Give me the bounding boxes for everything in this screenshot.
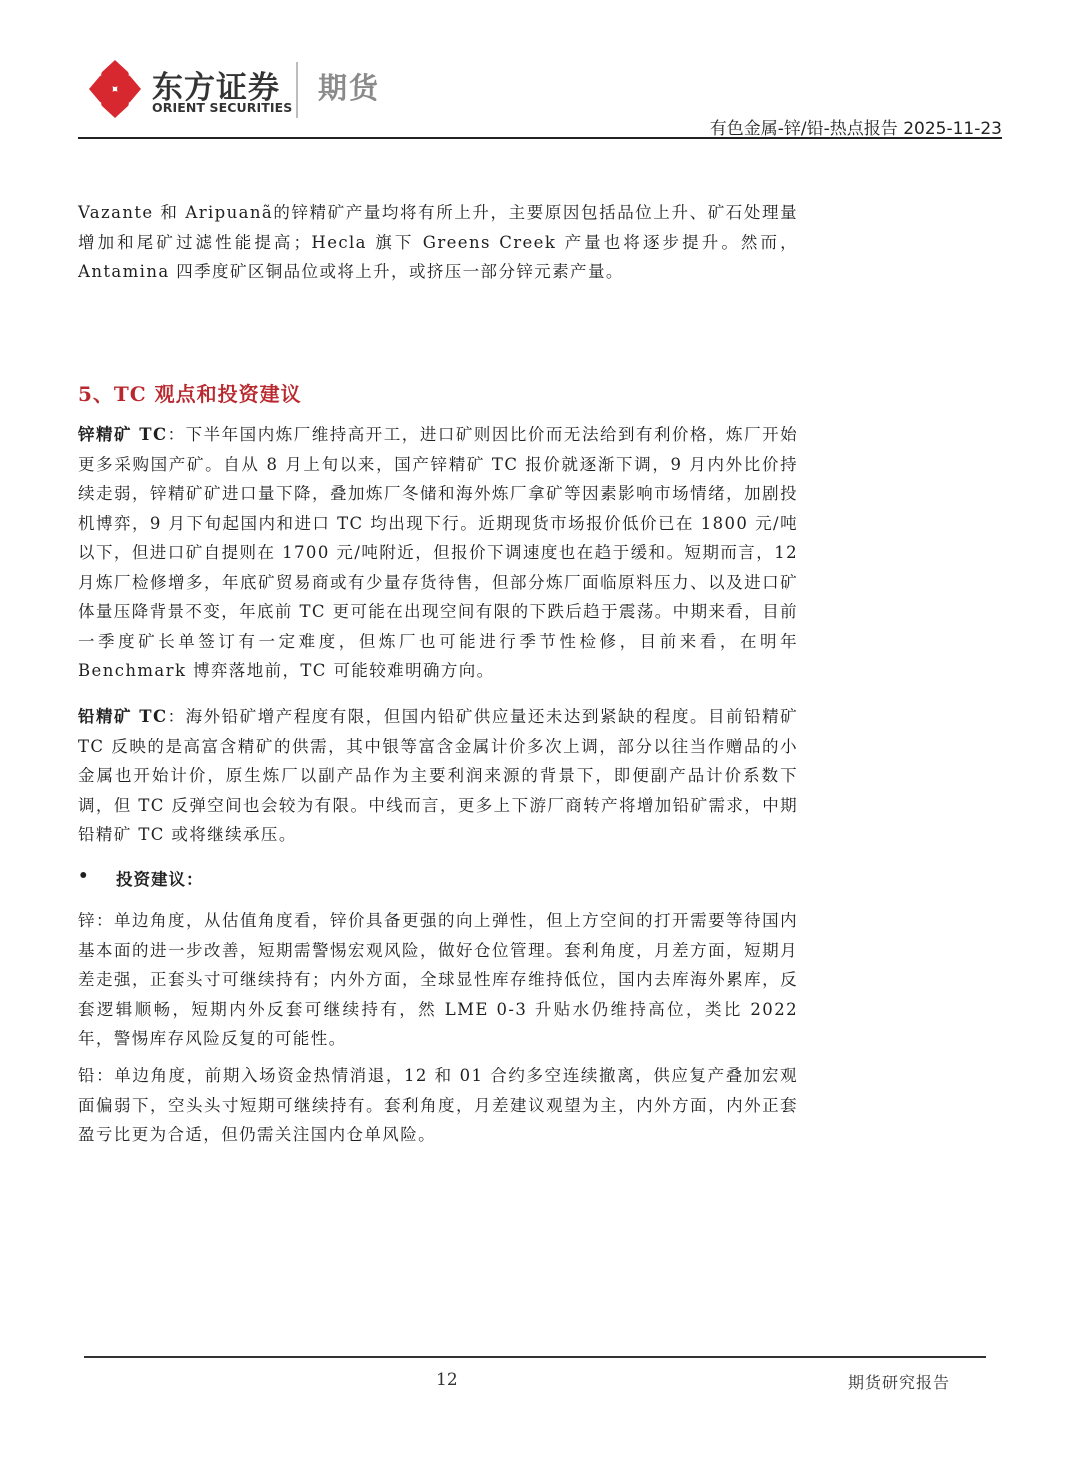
lead-advice-block: 铅：单边角度，前期入场资金热情消退，12 和 01 合约多空连续撤离，供应复产叠… — [78, 1061, 798, 1150]
report-title-tag: 有色金属-锌/铅-热点报告 2025-11-23 — [710, 114, 1002, 139]
zinc-tc-text: ：下半年国内炼厂维持高开工，进口矿则因比价而无法给到有利价格，炼厂开始更多采购国… — [78, 425, 798, 680]
intro-paragraph: Vazante 和 Aripuanã的锌精矿产量均将有所上升，主要原因包括品位上… — [78, 198, 798, 287]
header-divider — [78, 137, 1002, 139]
orient-securities-logo-icon — [88, 58, 142, 120]
lead-tc-text: ：海外铅矿增产程度有限，但国内铅矿供应量还未达到紧缺的程度。目前铅精矿 TC 反… — [78, 707, 798, 844]
bullet-icon: • — [78, 866, 89, 885]
lead-tc-block: 铅精矿 TC：海外铅矿增产程度有限，但国内铅矿供应量还未达到紧缺的程度。目前铅精… — [78, 702, 798, 850]
zinc-advice-block: 锌：单边角度，从估值角度看，锌价具备更强的向上弹性，但上方空间的打开需要等待国内… — [78, 906, 798, 1054]
page-number: 12 — [436, 1370, 458, 1390]
lead-tc-label: 铅精矿 TC — [78, 707, 168, 726]
brand-division: 期货 — [318, 66, 380, 107]
lead-tc-paragraph: 铅精矿 TC：海外铅矿增产程度有限，但国内铅矿供应量还未达到紧缺的程度。目前铅精… — [78, 702, 798, 850]
section-title: 5、TC 观点和投资建议 — [78, 378, 302, 407]
lead-advice-paragraph: 铅：单边角度，前期入场资金热情消退，12 和 01 合约多空连续撤离，供应复产叠… — [78, 1061, 798, 1150]
zinc-tc-paragraph: 锌精矿 TC：下半年国内炼厂维持高开工，进口矿则因比价而无法给到有利价格，炼厂开… — [78, 420, 798, 686]
zinc-tc-block: 锌精矿 TC：下半年国内炼厂维持高开工，进口矿则因比价而无法给到有利价格，炼厂开… — [78, 420, 798, 686]
footer-report-type: 期货研究报告 — [848, 1370, 950, 1393]
footer-divider — [84, 1356, 986, 1358]
logo-divider — [296, 62, 298, 118]
page-header: 东方证券 ORIENT SECURITIES 期货 有色金属-锌/铅-热点报告 … — [0, 0, 1080, 140]
zinc-advice-paragraph: 锌：单边角度，从估值角度看，锌价具备更强的向上弹性，但上方空间的打开需要等待国内… — [78, 906, 798, 1054]
advice-title: 投资建议： — [116, 866, 204, 890]
zinc-tc-label: 锌精矿 TC — [78, 425, 168, 444]
brand-name-en: ORIENT SECURITIES — [152, 100, 292, 115]
intro-paragraph-block: Vazante 和 Aripuanã的锌精矿产量均将有所上升，主要原因包括品位上… — [78, 198, 798, 287]
